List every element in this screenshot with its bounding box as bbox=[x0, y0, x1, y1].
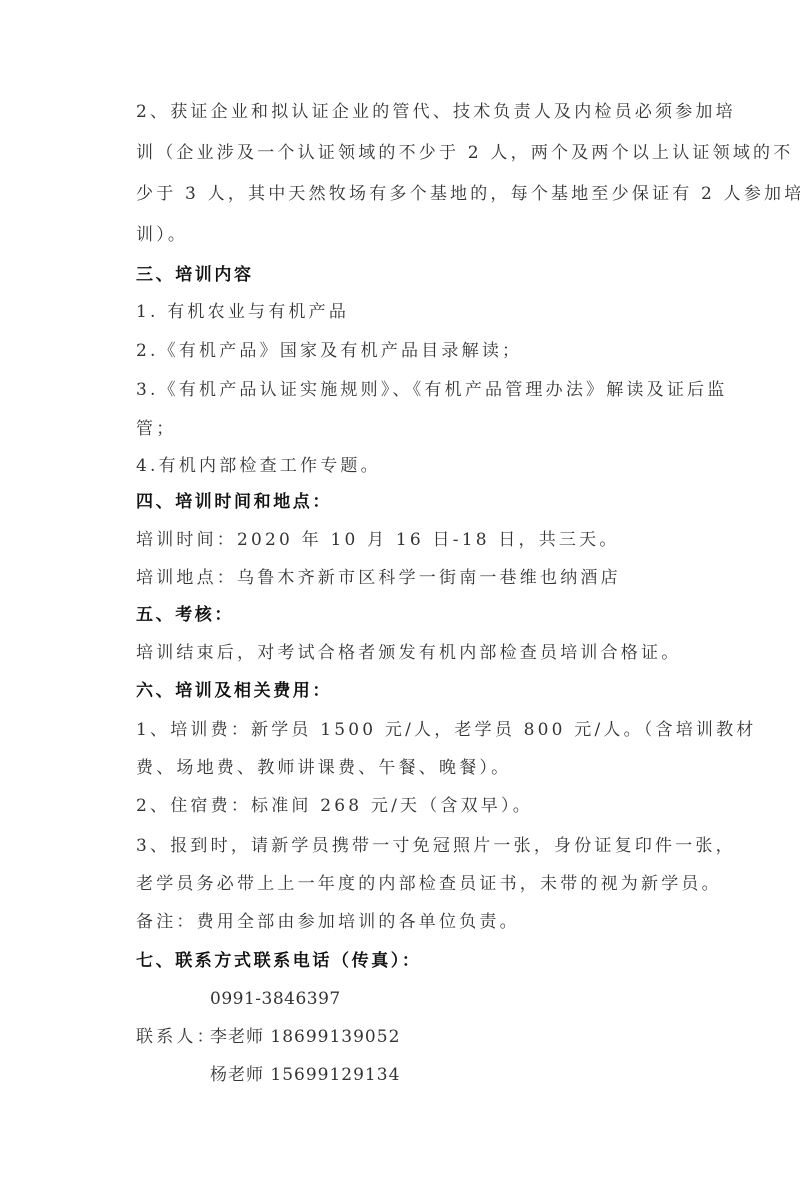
fee-remark: 备注：费用全部由参加培训的各单位负责。 bbox=[136, 911, 520, 933]
contact-label: 联系人： bbox=[136, 1026, 217, 1048]
contact-person-yang: 杨老师 15699129134 bbox=[210, 1064, 400, 1086]
list-item: 2.《有机产品》国家及有机产品目录解读； bbox=[136, 340, 522, 362]
training-location: 培训地点：乌鲁木齐新市区科学一街南一巷维也纳酒店 bbox=[136, 567, 621, 589]
contact-phone: 0991-3846397 bbox=[210, 988, 341, 1010]
fee-training-line2: 费、场地费、教师讲课费、午餐、晚餐）。 bbox=[136, 757, 511, 779]
paragraph-line: 2、获证企业和拟认证企业的管代、技术负责人及内检员必须参加培 bbox=[136, 101, 736, 123]
paragraph-line: 训（企业涉及一个认证领域的不少于 2 人，两个及两个以上认证领域的不 bbox=[136, 142, 793, 164]
fee-accommodation: 2、住宿费：标准间 268 元/天（含双早）。 bbox=[136, 795, 533, 817]
list-item: 3.《有机产品认证实施规则》、《有机产品管理办法》解读及证后监 bbox=[136, 379, 727, 401]
training-time: 培训时间：2020 年 10 月 16 日-18 日，共三天。 bbox=[136, 529, 620, 551]
document-page: 2、获证企业和拟认证企业的管代、技术负责人及内检员必须参加培 训（企业涉及一个认… bbox=[0, 0, 800, 1185]
assessment-text: 培训结束后，对考试合格者颁发有机内部检查员培训合格证。 bbox=[136, 642, 681, 664]
contact-person-li: 李老师 18699139052 bbox=[210, 1026, 400, 1048]
fee-training-line1: 1、培训费：新学员 1500 元/人，老学员 800 元/人。（含培训教材 bbox=[136, 719, 757, 741]
section-heading-fees: 六、培训及相关费用： bbox=[136, 680, 332, 702]
paragraph-line: 少于 3 人，其中天然牧场有多个基地的，每个基地至少保证有 2 人参加培 bbox=[136, 183, 800, 205]
registration-note-line1: 3、报到时，请新学员携带一寸免冠照片一张，身份证复印件一张， bbox=[136, 835, 736, 857]
section-heading-contact: 七、联系方式联系电话（传真）： bbox=[136, 950, 422, 972]
section-heading-training-content: 三、培训内容 bbox=[136, 264, 254, 286]
section-heading-time-location: 四、培训时间和地点： bbox=[136, 491, 332, 513]
registration-note-line2: 老学员务必带上上一年度的内部检查员证书，未带的视为新学员。 bbox=[136, 873, 722, 895]
paragraph-line: 训）。 bbox=[136, 224, 188, 246]
list-item: 1. 有机农业与有机产品 bbox=[136, 301, 349, 323]
list-item: 4.有机内部检查工作专题。 bbox=[136, 455, 381, 477]
list-item-continuation: 管； bbox=[136, 418, 176, 440]
section-heading-assessment: 五、考核： bbox=[136, 604, 234, 626]
